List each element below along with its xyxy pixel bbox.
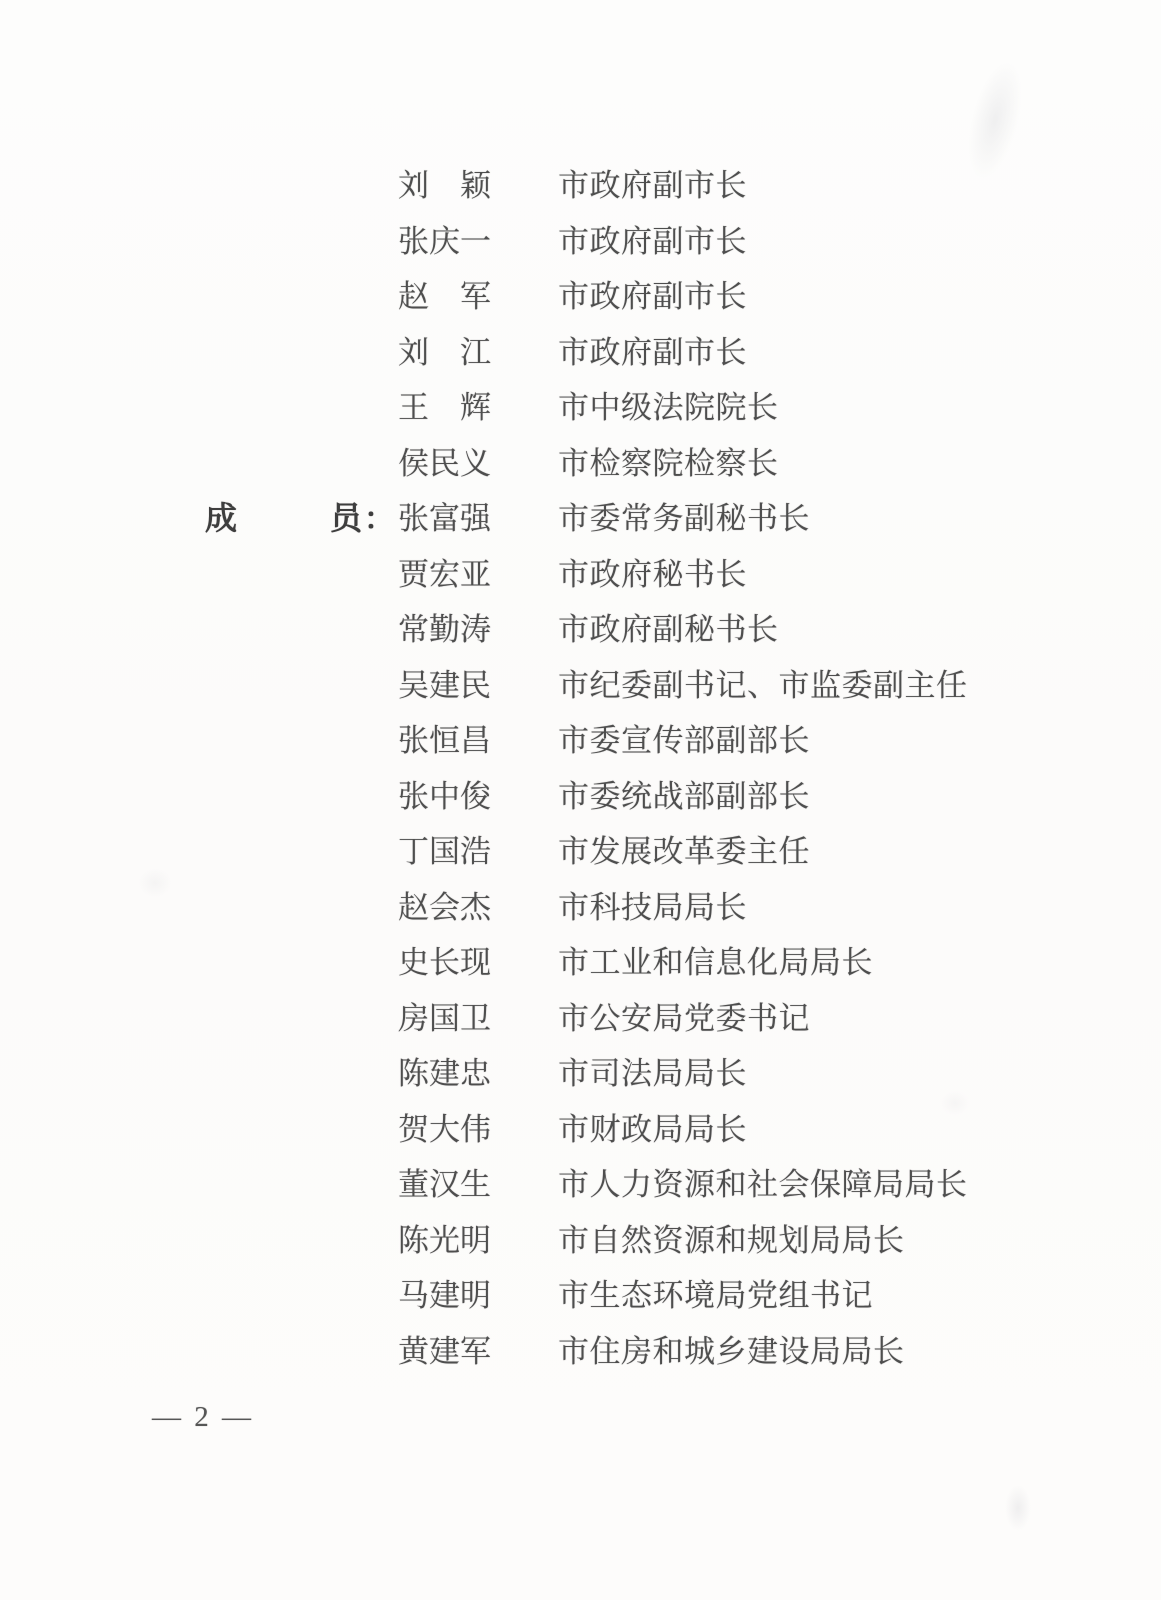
member-role-label-cell: 成员： [205, 1048, 398, 1094]
member-row: 成员： 侯民义 市检察院检察长 [0, 433, 1161, 489]
member-row: 成员： 陈光明 市自然资源和规划局局长 [0, 1210, 1161, 1266]
member-row: 成员： 贾宏亚 市政府秘书长 [0, 544, 1161, 600]
member-row: 成员： 马建明 市生态环境局党组书记 [0, 1265, 1161, 1321]
member-name: 赵会杰 [398, 882, 491, 927]
member-name: 张富强 [398, 493, 491, 538]
member-title: 市生态环境局党组书记 [558, 1270, 873, 1315]
page-number: — 2 — [152, 1401, 254, 1434]
member-row: 成员： 赵军 市政府副市长 [0, 266, 1161, 322]
member-role-label-cell: 成员： [205, 1325, 398, 1371]
member-title: 市政府副市长 [558, 271, 747, 316]
member-name: 陈光明 [398, 1215, 491, 1260]
member-role-label-cell: 成员： [205, 659, 398, 705]
member-name: 侯民义 [398, 438, 491, 483]
member-role-label-cell: 成员： [205, 326, 398, 372]
member-role-label-cell: 成员： [205, 715, 398, 761]
member-name: 刘颖 [398, 160, 491, 205]
member-role-label-cell: 成员： [205, 160, 398, 206]
member-name: 史长现 [398, 937, 491, 982]
scan-smudge [1005, 1485, 1031, 1531]
member-row: 成员： 赵会杰 市科技局局长 [0, 877, 1161, 933]
member-name: 马建明 [398, 1270, 491, 1315]
member-title: 市委统战部副部长 [558, 771, 810, 816]
member-row: 成员： 张恒昌 市委宣传部副部长 [0, 710, 1161, 766]
member-title: 市政府副市长 [558, 160, 747, 205]
member-row: 成员： 贺大伟 市财政局局长 [0, 1099, 1161, 1155]
scanned-document-page: 成员： 刘颖 市政府副市长 成员： 张庆一 市政府副市长 成员： 赵军 市政府副… [0, 0, 1161, 1600]
member-title: 市检察院检察长 [558, 438, 779, 483]
member-role-label-cell: 成员： [205, 770, 398, 816]
member-title: 市司法局局长 [558, 1048, 747, 1093]
member-title: 市委宣传部副部长 [558, 715, 810, 760]
member-name: 丁国浩 [398, 826, 491, 871]
member-title: 市政府副市长 [558, 216, 747, 261]
member-row: 成员： 张富强 市委常务副秘书长 [0, 488, 1161, 544]
member-name: 王辉 [398, 382, 491, 427]
member-role-label-colon: ： [364, 494, 394, 538]
member-role-label-cell: 成员： [205, 493, 398, 539]
member-name: 张中俊 [398, 771, 491, 816]
member-name: 常勤涛 [398, 604, 491, 649]
member-title: 市中级法院院长 [558, 382, 779, 427]
member-row: 成员： 刘江 市政府副市长 [0, 322, 1161, 378]
member-role-label: 成员 [205, 493, 362, 539]
member-name: 陈建忠 [398, 1048, 491, 1093]
member-role-label-cell: 成员： [205, 826, 398, 872]
member-title: 市政府秘书长 [558, 549, 747, 594]
member-name: 吴建民 [398, 660, 491, 705]
member-name: 张庆一 [398, 216, 491, 261]
member-title: 市工业和信息化局局长 [558, 937, 873, 982]
member-row: 成员： 张庆一 市政府副市长 [0, 211, 1161, 267]
member-title: 市纪委副书记、市监委副主任 [558, 660, 968, 705]
member-role-label-cell: 成员： [205, 992, 398, 1038]
member-title: 市公安局党委书记 [558, 993, 810, 1038]
member-title: 市委常务副秘书长 [558, 493, 810, 538]
member-title: 市自然资源和规划局局长 [558, 1215, 905, 1260]
member-name: 刘江 [398, 327, 491, 372]
member-role-label-cell: 成员： [205, 548, 398, 594]
member-name: 贾宏亚 [398, 549, 491, 594]
member-name: 黄建军 [398, 1326, 491, 1371]
member-role-label-cell: 成员： [205, 382, 398, 428]
member-role-label-cell: 成员： [205, 215, 398, 261]
member-row: 成员： 王辉 市中级法院院长 [0, 377, 1161, 433]
member-title: 市政府副市长 [558, 327, 747, 372]
member-role-label-cell: 成员： [205, 1159, 398, 1205]
member-list: 成员： 刘颖 市政府副市长 成员： 张庆一 市政府副市长 成员： 赵军 市政府副… [0, 155, 1161, 1376]
member-row: 成员： 丁国浩 市发展改革委主任 [0, 821, 1161, 877]
member-row: 成员： 房国卫 市公安局党委书记 [0, 988, 1161, 1044]
member-role-label-cell: 成员： [205, 604, 398, 650]
member-row: 成员： 常勤涛 市政府副秘书长 [0, 599, 1161, 655]
member-row: 成员： 黄建军 市住房和城乡建设局局长 [0, 1321, 1161, 1377]
member-role-label-cell: 成员： [205, 937, 398, 983]
member-row: 成员： 张中俊 市委统战部副部长 [0, 766, 1161, 822]
member-row: 成员： 史长现 市工业和信息化局局长 [0, 932, 1161, 988]
member-name: 房国卫 [398, 993, 491, 1038]
member-role-label-cell: 成员： [205, 1214, 398, 1260]
member-title: 市科技局局长 [558, 882, 747, 927]
member-row: 成员： 刘颖 市政府副市长 [0, 155, 1161, 211]
member-role-label-cell: 成员： [205, 1103, 398, 1149]
member-row: 成员： 董汉生 市人力资源和社会保障局局长 [0, 1154, 1161, 1210]
member-row: 成员： 陈建忠 市司法局局长 [0, 1043, 1161, 1099]
member-row: 成员： 吴建民 市纪委副书记、市监委副主任 [0, 655, 1161, 711]
member-title: 市政府副秘书长 [558, 604, 779, 649]
member-name: 张恒昌 [398, 715, 491, 760]
member-name: 贺大伟 [398, 1104, 491, 1149]
member-title: 市人力资源和社会保障局局长 [558, 1159, 968, 1204]
member-title: 市发展改革委主任 [558, 826, 810, 871]
member-name: 董汉生 [398, 1159, 491, 1204]
member-role-label-cell: 成员： [205, 271, 398, 317]
member-role-label-cell: 成员： [205, 1270, 398, 1316]
member-role-label-cell: 成员： [205, 437, 398, 483]
member-title: 市财政局局长 [558, 1104, 747, 1149]
member-title: 市住房和城乡建设局局长 [558, 1326, 905, 1371]
member-role-label-cell: 成员： [205, 881, 398, 927]
member-name: 赵军 [398, 271, 491, 316]
